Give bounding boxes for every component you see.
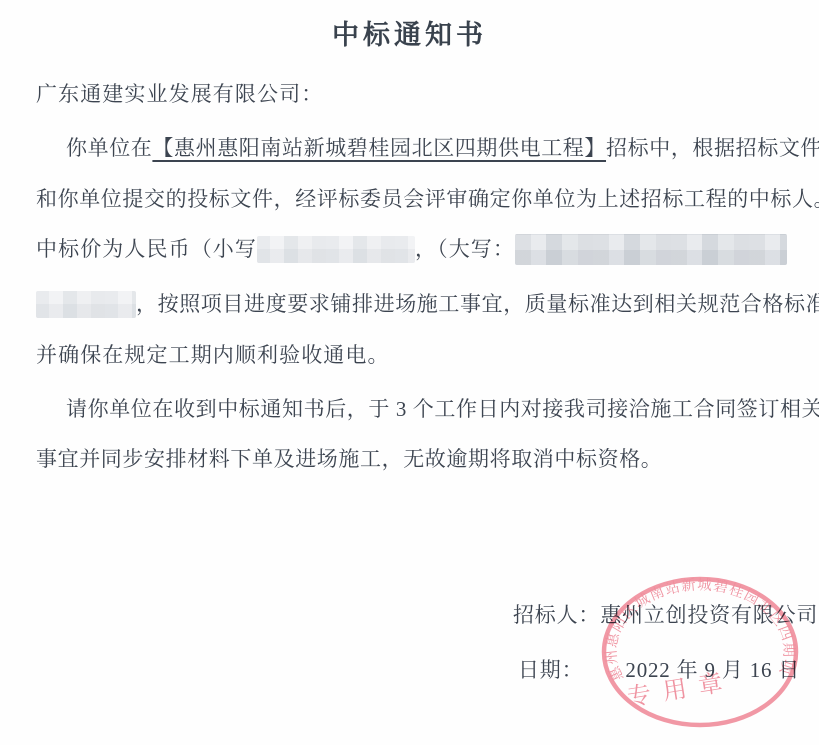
date-label: 日期： — [518, 658, 583, 682]
body-line-1: 你单位在【惠州惠阳南站新城碧桂园北区四期供电工程】招标中，根据招标文件 — [66, 132, 819, 162]
recipient-line: 广东通建实业发展有限公司： — [36, 78, 323, 108]
date-value: 2022 年 9 月 16 日 — [625, 654, 800, 684]
redaction-price-words — [515, 234, 787, 265]
body-line-4: ，按照项目进度要求铺排进场施工事宜，质量标准达到相关规范合格标准， — [36, 288, 819, 318]
bidder-line: 招标人：惠州立创投资有限公司 — [513, 599, 818, 629]
body-line-2: 和你单位提交的投标文件，经评标委员会评审确定你单位为上述招标工程的中标人。 — [36, 183, 819, 213]
line1-prefix: 你单位在 — [66, 136, 152, 160]
body-line-5: 并确保在规定工期内顺利验收通电。 — [36, 339, 390, 369]
body-line-6: 请你单位在收到中标通知书后，于 3 个工作日内对接我司接洽施工合同签订相关 — [66, 393, 819, 423]
body-line-3: 中标价为人民币（小写，（大写： — [36, 233, 787, 265]
price-line-mid: ，（大写： — [415, 237, 515, 261]
document-title: 中标通知书 — [0, 13, 819, 52]
date-line: 日期：2022 年 9 月 16 日 — [518, 654, 800, 684]
bidder-label: 招标人： — [513, 603, 600, 627]
redaction-price-numeric — [257, 236, 415, 263]
bidder-name: 惠州立创投资有限公司 — [600, 603, 818, 627]
body-line-7: 事宜并同步安排材料下单及进场施工，无故逾期将取消中标资格。 — [36, 443, 662, 473]
line1-suffix: 招标中，根据招标文件 — [606, 136, 819, 160]
price-line-prefix: 中标价为人民币（小写 — [36, 237, 257, 261]
project-name: 【惠州惠阳南站新城碧桂园北区四期供电工程】 — [152, 136, 606, 160]
document-page: 中标通知书 广东通建实业发展有限公司： 你单位在【惠州惠阳南站新城碧桂园北区四期… — [0, 0, 819, 745]
redaction-price-words-continued — [36, 291, 136, 318]
line4-text: ，按照项目进度要求铺排进场施工事宜，质量标准达到相关规范合格标准， — [136, 292, 819, 316]
